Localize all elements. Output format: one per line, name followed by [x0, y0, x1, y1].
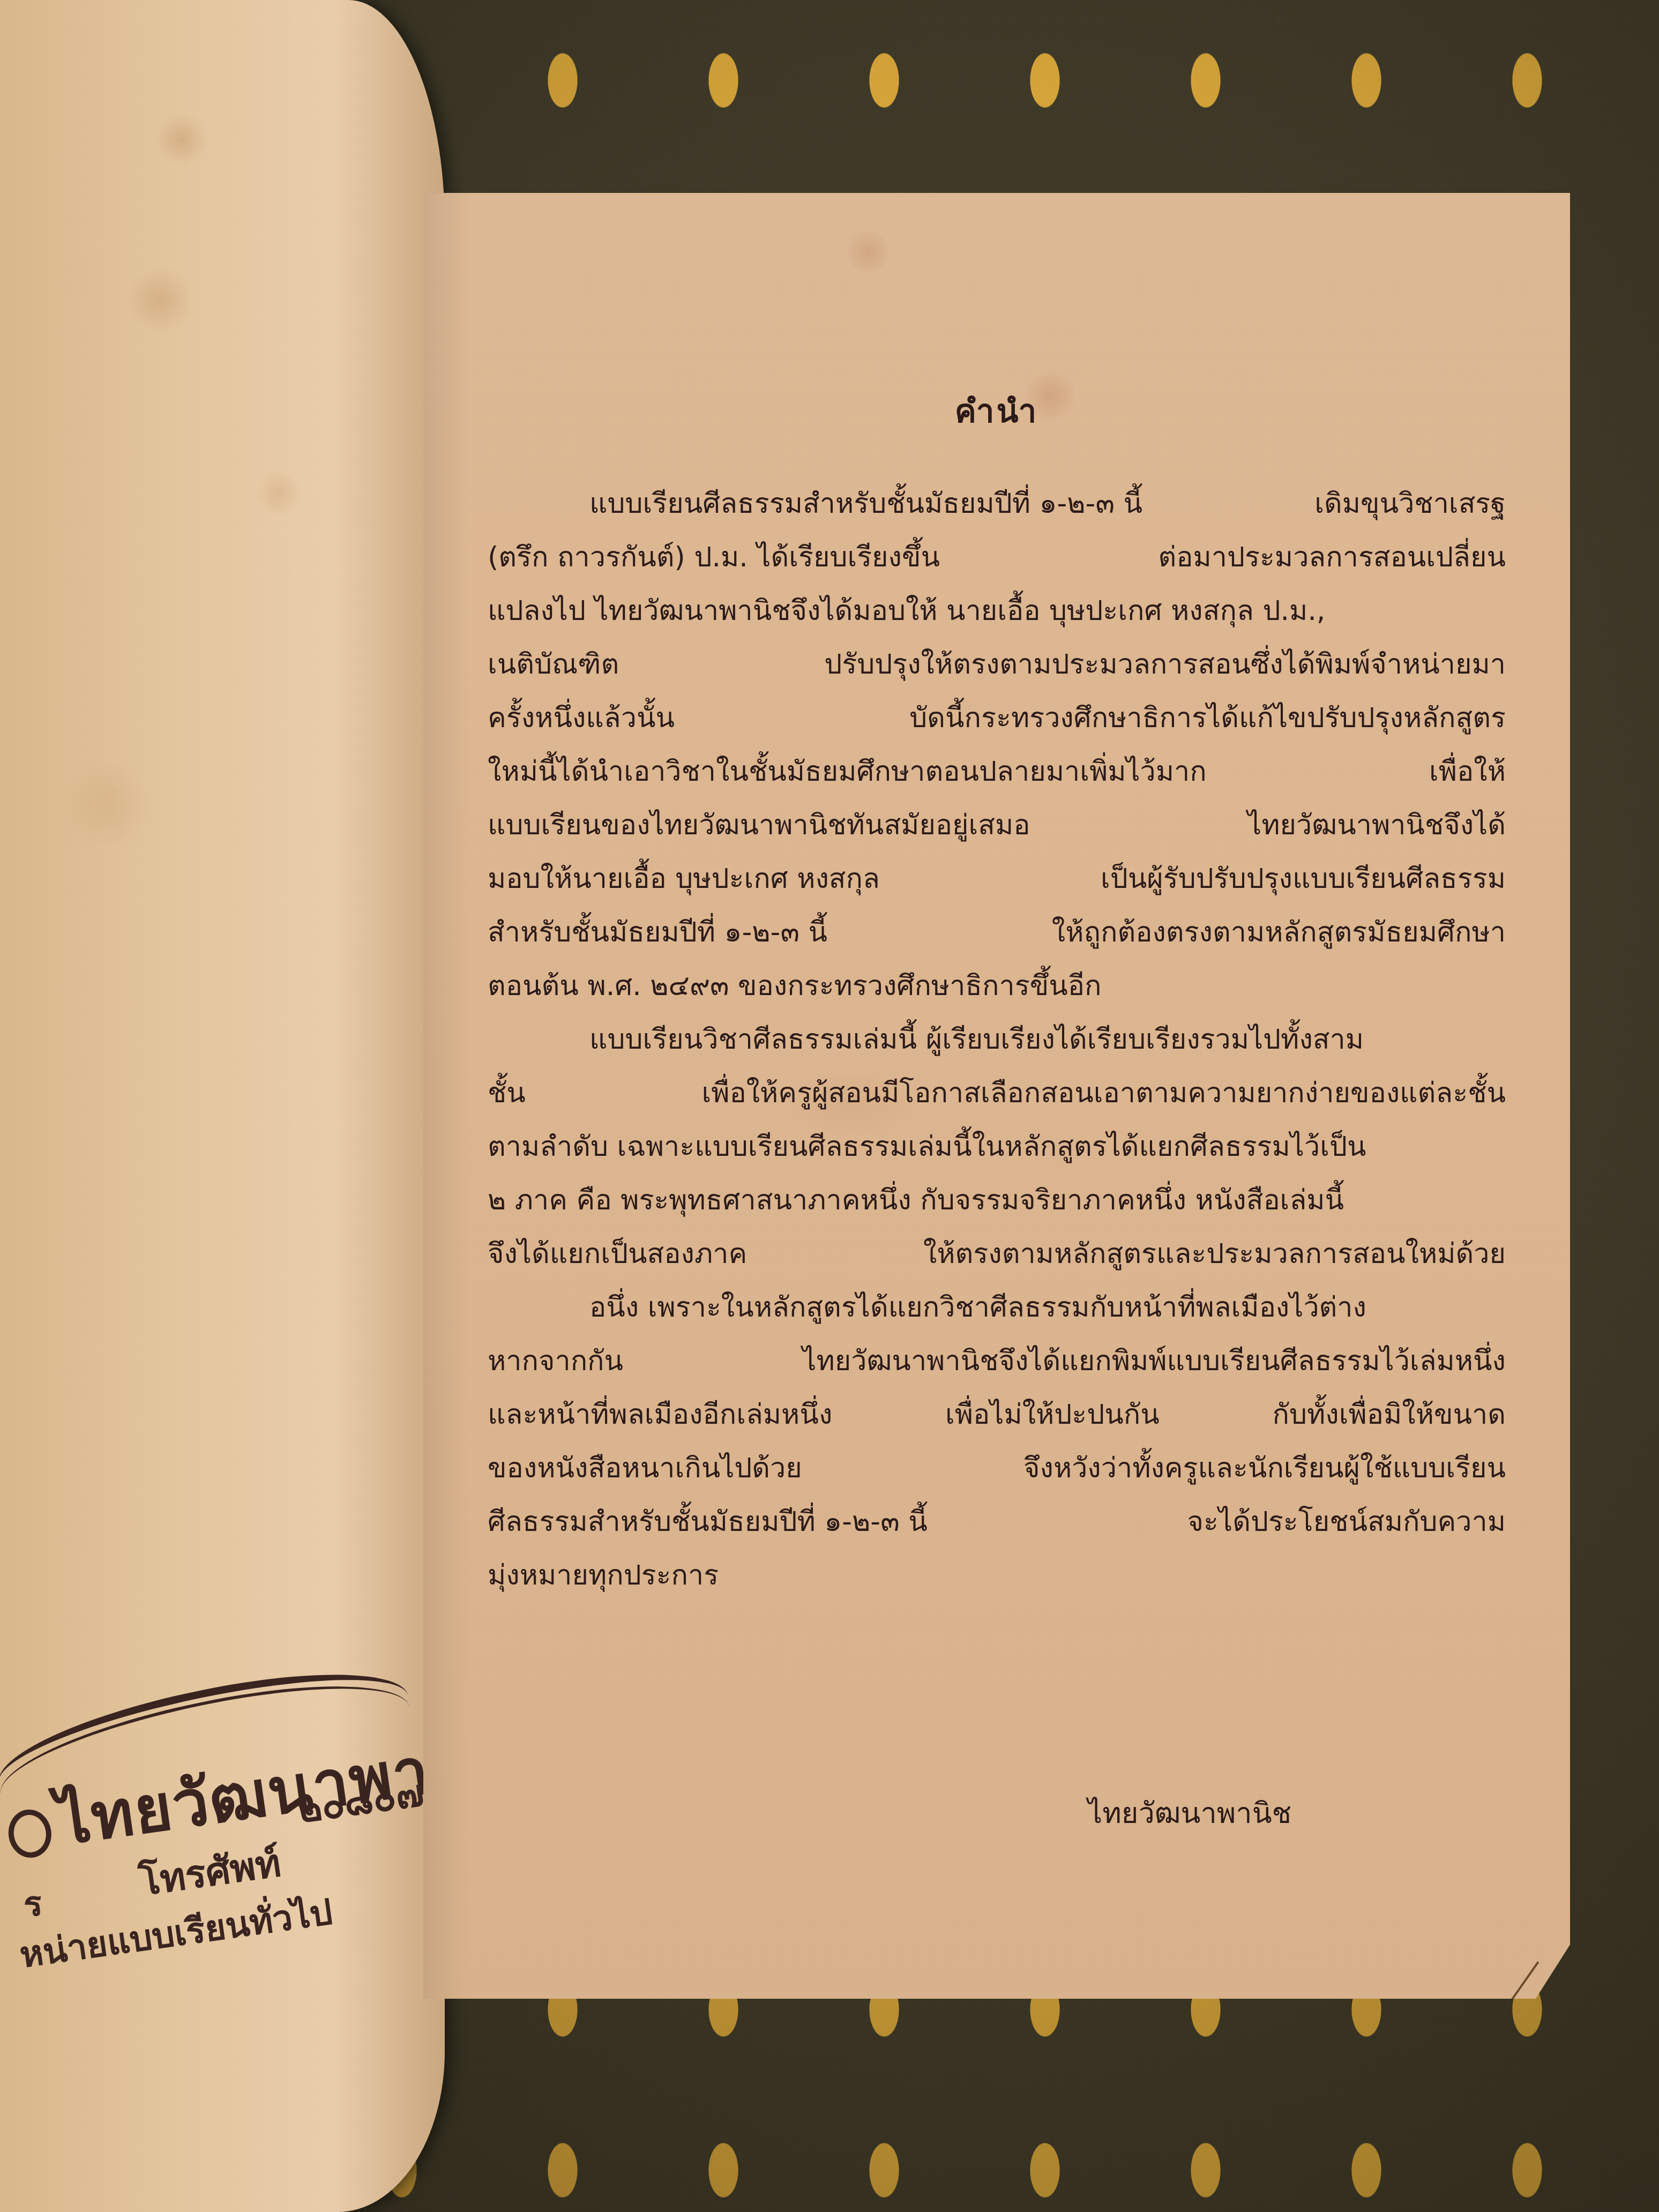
text-line: อนึ่ง เพราะในหลักสูตรได้แยกวิชาศีลธรรมกั… — [488, 1281, 1506, 1334]
text-segment: เพื่อให้ครูผู้สอนมีโอกาสเลือกสอนเอาตามคว… — [701, 1066, 1506, 1120]
text-line: ๒ ภาค คือ พระพุทธศาสนาภาคหนึ่ง กับจรรมจร… — [488, 1174, 1506, 1227]
text-segment: ๒ ภาค คือ พระพุทธศาสนาภาคหนึ่ง กับจรรมจร… — [488, 1174, 1344, 1227]
text-line: เนติบัณฑิต ปรับปรุงให้ตรงตามประมวลการสอน… — [488, 638, 1506, 691]
text-line: แบบเรียนวิชาศีลธรรมเล่มนี้ ผู้เรียบเรียง… — [488, 1013, 1506, 1066]
text-segment: ตอนต้น พ.ศ. ๒๔๙๓ ของกระทรวงศึกษาธิการขึ้… — [488, 959, 1102, 1013]
text-segment: จึงหวังว่าทั้งครูและนักเรียนผู้ใช้แบบเรี… — [1023, 1441, 1506, 1495]
text-segment: เพื่อไม่ให้ปะปนกัน — [945, 1388, 1160, 1441]
text-line: ตอนต้น พ.ศ. ๒๔๙๓ ของกระทรวงศึกษาธิการขึ้… — [488, 959, 1506, 1013]
text-line: จึงได้แยกเป็นสองภาค ให้ตรงตามหลักสูตรและ… — [488, 1227, 1506, 1281]
text-line: (ตรึก ถาวรกันต์) ป.ม. ได้เรียบเรียงขึ้น … — [488, 530, 1506, 584]
text-segment: อนึ่ง เพราะในหลักสูตรได้แยกวิชาศีลธรรมกั… — [589, 1281, 1366, 1334]
text-segment: มอบให้นายเอื้อ บุษปะเกศ หงสกุล — [488, 852, 880, 906]
text-segment: ศีลธรรมสำหรับชั้นมัธยมปีที่ ๑-๒-๓ นี้ — [488, 1495, 928, 1549]
right-page: คำนำ แบบเรียนศีลธรรมสำหรับชั้นมัธยมปีที่… — [423, 193, 1570, 1999]
text-segment: แบบเรียนศีลธรรมสำหรับชั้นมัธยมปีที่ ๑-๒-… — [589, 477, 1142, 530]
text-segment: ต่อมาประมวลการสอนเปลี่ยน — [1159, 530, 1506, 584]
text-segment: ให้ตรงตามหลักสูตรและประมวลการสอนใหม่ด้วย — [923, 1227, 1506, 1281]
text-segment: สำหรับชั้นมัธยมปีที่ ๑-๒-๓ นี้ — [488, 906, 827, 959]
text-line: มอบให้นายเอื้อ บุษปะเกศ หงสกุล เป็นผู้รั… — [488, 852, 1506, 906]
text-line: แบบเรียนศีลธรรมสำหรับชั้นมัธยมปีที่ ๑-๒-… — [488, 477, 1506, 530]
text-segment: บัดนี้กระทรวงศึกษาธิการได้แก้ไขปรับปรุงห… — [909, 691, 1506, 745]
publisher-signature: ไทยวัฒนาพานิช — [1088, 1790, 1291, 1836]
text-line: แปลงไป ไทยวัฒนาพานิชจึงได้มอบให้ นายเอื้… — [488, 584, 1506, 638]
text-segment: จะได้ประโยชน์สมกับความ — [1187, 1495, 1506, 1549]
text-segment: ตามลำดับ เฉพาะแบบเรียนศีลธรรมเล่มนี้ในหล… — [488, 1120, 1366, 1174]
page-title: คำนำ — [423, 386, 1570, 437]
text-segment: แปลงไป ไทยวัฒนาพานิชจึงได้มอบให้ นายเอื้… — [488, 584, 1325, 638]
text-segment: มุ่งหมายทุกประการ — [488, 1549, 719, 1602]
text-segment: ปรับปรุงให้ตรงตามประมวลการสอนซึ่งได้พิมพ… — [824, 638, 1506, 691]
publisher-stamp: ไทยวัฒนาพานิช ๒๐๘๐๗ ร โทรศัพท์ หน่ายแบบเ… — [0, 1640, 442, 1974]
text-segment: ไทยวัฒนาพานิชจึงได้แยกพิมพ์แบบเรียนศีลธร… — [802, 1334, 1506, 1388]
text-segment: จึงได้แยกเป็นสองภาค — [488, 1227, 747, 1281]
text-line: สำหรับชั้นมัธยมปีที่ ๑-๒-๓ นี้ ให้ถูกต้อ… — [488, 906, 1506, 959]
text-segment: เพื่อให้ — [1429, 745, 1506, 798]
text-line: ชั้น เพื่อให้ครูผู้สอนมีโอกาสเลือกสอนเอา… — [488, 1066, 1506, 1120]
text-segment: แบบเรียนของไทยวัฒนาพานิชทันสมัยอยู่เสมอ — [488, 798, 1030, 852]
preface-body: แบบเรียนศีลธรรมสำหรับชั้นมัธยมปีที่ ๑-๒-… — [488, 477, 1506, 1602]
text-segment: ไทยวัฒนาพานิชจึงได้ — [1247, 798, 1506, 852]
text-segment: กับทั้งเพื่อมิให้ขนาด — [1273, 1388, 1506, 1441]
text-segment: เป็นผู้รับปรับปรุงแบบเรียนศีลธรรม — [1101, 852, 1506, 906]
text-segment: ครั้งหนึ่งแล้วนั้น — [488, 691, 675, 745]
text-line: ศีลธรรมสำหรับชั้นมัธยมปีที่ ๑-๒-๓ นี้ จะ… — [488, 1495, 1506, 1549]
text-segment: เนติบัณฑิต — [488, 638, 619, 691]
text-line: และหน้าที่พลเมืองอีกเล่มหนึ่ง เพื่อไม่ให… — [488, 1388, 1506, 1441]
text-line: มุ่งหมายทุกประการ — [488, 1549, 1506, 1602]
text-segment: แบบเรียนวิชาศีลธรรมเล่มนี้ ผู้เรียบเรียง… — [589, 1013, 1364, 1066]
text-segment: หากจากกัน — [488, 1334, 623, 1388]
left-page: ไทยวัฒนาพานิช ๒๐๘๐๗ ร โทรศัพท์ หน่ายแบบเ… — [0, 0, 445, 2212]
text-line: ใหม่นี้ได้นำเอาวิชาในชั้นมัธยมศึกษาตอนปล… — [488, 745, 1506, 798]
text-segment: เดิมขุนวิชาเสรฐ — [1314, 477, 1506, 530]
text-line: ตามลำดับ เฉพาะแบบเรียนศีลธรรมเล่มนี้ในหล… — [488, 1120, 1506, 1174]
text-line: หากจากกัน ไทยวัฒนาพานิชจึงได้แยกพิมพ์แบบ… — [488, 1334, 1506, 1388]
text-line: ของหนังสือหนาเกินไปด้วย จึงหวังว่าทั้งคร… — [488, 1441, 1506, 1495]
text-segment: ใหม่นี้ได้นำเอาวิชาในชั้นมัธยมศึกษาตอนปล… — [488, 745, 1207, 798]
text-line: แบบเรียนของไทยวัฒนาพานิชทันสมัยอยู่เสมอ … — [488, 798, 1506, 852]
text-segment: ให้ถูกต้องตรงตามหลักสูตรมัธยมศึกษา — [1052, 906, 1506, 959]
text-segment: ของหนังสือหนาเกินไปด้วย — [488, 1441, 802, 1495]
page-tear-mark — [1510, 1961, 1540, 2002]
text-segment: ชั้น — [488, 1066, 526, 1120]
text-segment: และหน้าที่พลเมืองอีกเล่มหนึ่ง — [488, 1388, 832, 1441]
text-segment: (ตรึก ถาวรกันต์) ป.ม. ได้เรียบเรียงขึ้น — [488, 530, 940, 584]
text-line: ครั้งหนึ่งแล้วนั้น บัดนี้กระทรวงศึกษาธิก… — [488, 691, 1506, 745]
